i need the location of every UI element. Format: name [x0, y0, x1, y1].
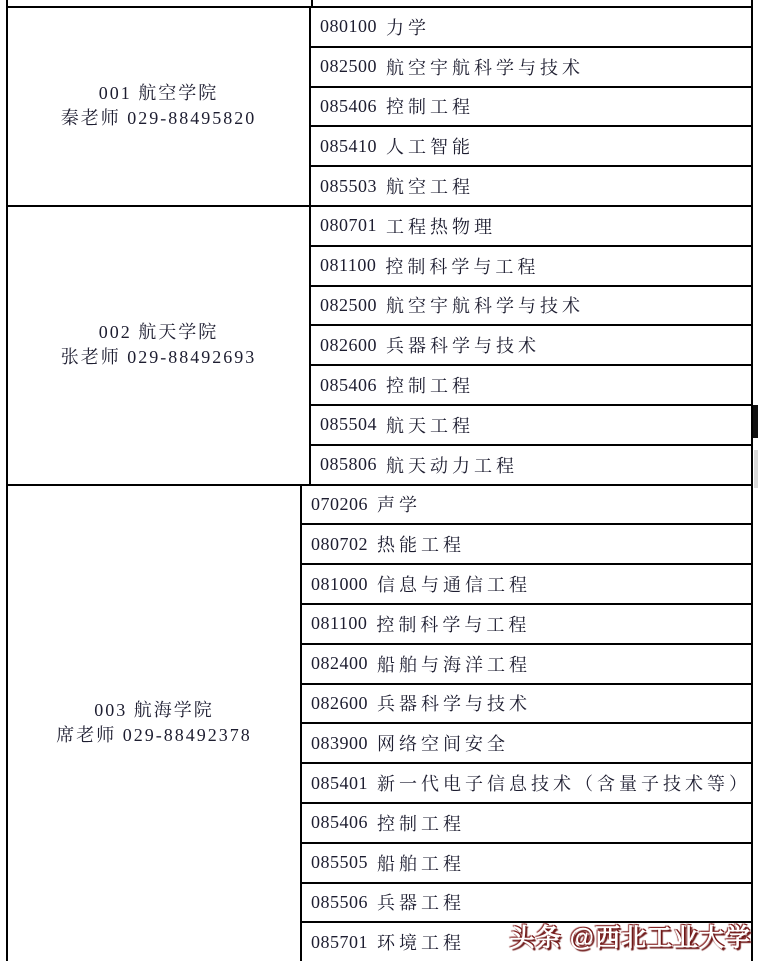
- program-name: 人工智能: [386, 133, 474, 159]
- program-row: 082500 航空宇航科学与技术: [311, 48, 751, 88]
- section-001-hangkong: 001 航空学院 秦老师 029-88495820 080100 力学 0825…: [8, 8, 751, 207]
- program-code: 085504: [320, 414, 377, 435]
- program-code: 082500: [320, 295, 377, 316]
- program-name: 工程热物理: [386, 213, 496, 239]
- program-name: 控制工程: [386, 372, 474, 398]
- program-code: 085506: [311, 892, 368, 913]
- program-code: 085406: [311, 812, 368, 833]
- program-row: 082600 兵器科学与技术: [302, 685, 751, 725]
- program-name: 力学: [386, 14, 430, 40]
- college-title: 001 航空学院: [99, 81, 219, 106]
- program-row: 085406 控制工程: [311, 88, 751, 128]
- program-code: 082600: [320, 335, 377, 356]
- program-code: 081100: [311, 613, 367, 634]
- right-edge-gray-strip: [754, 450, 758, 488]
- program-code: 080100: [320, 16, 377, 37]
- program-code: 085401: [311, 773, 368, 794]
- program-name: 兵器工程: [377, 889, 465, 915]
- program-list: 070206 声学 080702 热能工程 081000 信息与通信工程 081…: [302, 486, 751, 961]
- program-name: 兵器科学与技术: [377, 690, 531, 716]
- college-title: 002 航天学院: [99, 320, 219, 345]
- program-row: 085406 控制工程: [311, 366, 751, 406]
- program-row: 085401 新一代电子信息技术（含量子技术等）: [302, 764, 751, 804]
- program-row: 081000 信息与通信工程: [302, 565, 751, 605]
- program-row: 070206 声学: [302, 486, 751, 526]
- program-row: 082400 船舶与海洋工程: [302, 645, 751, 685]
- program-code: 082600: [311, 693, 368, 714]
- college-contact: 张老师 029-88492693: [61, 345, 257, 370]
- program-row: 081100 控制科学与工程: [302, 605, 751, 645]
- program-row: 083900 网络空间安全: [302, 724, 751, 764]
- program-name: 环境工程: [377, 929, 465, 955]
- college-title: 003 航海学院: [94, 698, 214, 723]
- program-row: 085410 人工智能: [311, 127, 751, 167]
- program-name: 控制科学与工程: [376, 611, 530, 637]
- program-name: 兵器科学与技术: [386, 332, 540, 358]
- program-name: 控制科学与工程: [385, 253, 539, 279]
- college-cell: 003 航海学院 席老师 029-88492378: [8, 486, 302, 961]
- program-code: 081000: [311, 574, 368, 595]
- section-003-hanghai: 003 航海学院 席老师 029-88492378 070206 声学 0807…: [8, 486, 751, 961]
- program-row: 080100 力学: [311, 8, 751, 48]
- program-row: 085406 控制工程: [302, 804, 751, 844]
- college-cell: 001 航空学院 秦老师 029-88495820: [8, 8, 311, 207]
- program-code: 085410: [320, 136, 377, 157]
- section-002-hangtian: 002 航天学院 张老师 029-88492693 080701 工程热物理 0…: [8, 207, 751, 486]
- program-code: 085406: [320, 96, 377, 117]
- program-list: 080701 工程热物理 081100 控制科学与工程 082500 航空宇航科…: [311, 207, 751, 486]
- program-name: 控制工程: [386, 93, 474, 119]
- program-name: 新一代电子信息技术（含量子技术等）: [377, 770, 751, 796]
- program-name: 航空工程: [386, 173, 474, 199]
- program-name: 热能工程: [377, 531, 465, 557]
- program-name: 信息与通信工程: [377, 571, 531, 597]
- program-name: 航天动力工程: [386, 452, 518, 478]
- program-code: 082500: [320, 56, 377, 77]
- program-row: 085503 航空工程: [311, 167, 751, 207]
- program-name: 航空宇航科学与技术: [386, 54, 584, 80]
- program-code: 085701: [311, 932, 368, 953]
- program-code: 085503: [320, 176, 377, 197]
- program-name: 航空宇航科学与技术: [386, 292, 584, 318]
- program-name: 船舶工程: [377, 850, 465, 876]
- program-row: 080702 热能工程: [302, 525, 751, 565]
- program-code: 082400: [311, 653, 368, 674]
- program-name: 控制工程: [377, 810, 465, 836]
- toutiao-watermark: 头条 @西北工业大学: [510, 918, 751, 954]
- program-name: 网络空间安全: [377, 730, 509, 756]
- admissions-table: 001 航空学院 秦老师 029-88495820 080100 力学 0825…: [6, 0, 753, 961]
- program-row: 085505 船舶工程: [302, 844, 751, 884]
- top-partial-right-cell: [313, 0, 751, 6]
- program-name: 声学: [377, 491, 421, 517]
- program-name: 船舶与海洋工程: [377, 651, 531, 677]
- program-code: 085806: [320, 454, 377, 475]
- program-code: 083900: [311, 733, 368, 754]
- college-cell: 002 航天学院 张老师 029-88492693: [8, 207, 311, 486]
- program-row: 082500 航空宇航科学与技术: [311, 287, 751, 327]
- top-partial-left-cell: [8, 0, 313, 6]
- table-top-partial-row: [8, 0, 751, 8]
- program-row: 085806 航天动力工程: [311, 446, 751, 486]
- program-code: 081100: [320, 255, 376, 276]
- college-contact: 秦老师 029-88495820: [61, 106, 257, 131]
- program-code: 085406: [320, 375, 377, 396]
- right-edge-black-bar: [753, 405, 758, 438]
- program-row: 081100 控制科学与工程: [311, 247, 751, 287]
- program-name: 航天工程: [386, 412, 474, 438]
- program-code: 080702: [311, 534, 368, 555]
- program-code: 070206: [311, 494, 368, 515]
- program-list: 080100 力学 082500 航空宇航科学与技术 085406 控制工程 0…: [311, 8, 751, 207]
- program-row: 080701 工程热物理: [311, 207, 751, 247]
- program-row: 085504 航天工程: [311, 406, 751, 446]
- program-row: 082600 兵器科学与技术: [311, 326, 751, 366]
- program-code: 080701: [320, 215, 377, 236]
- college-contact: 席老师 029-88492378: [56, 723, 252, 748]
- program-code: 085505: [311, 852, 368, 873]
